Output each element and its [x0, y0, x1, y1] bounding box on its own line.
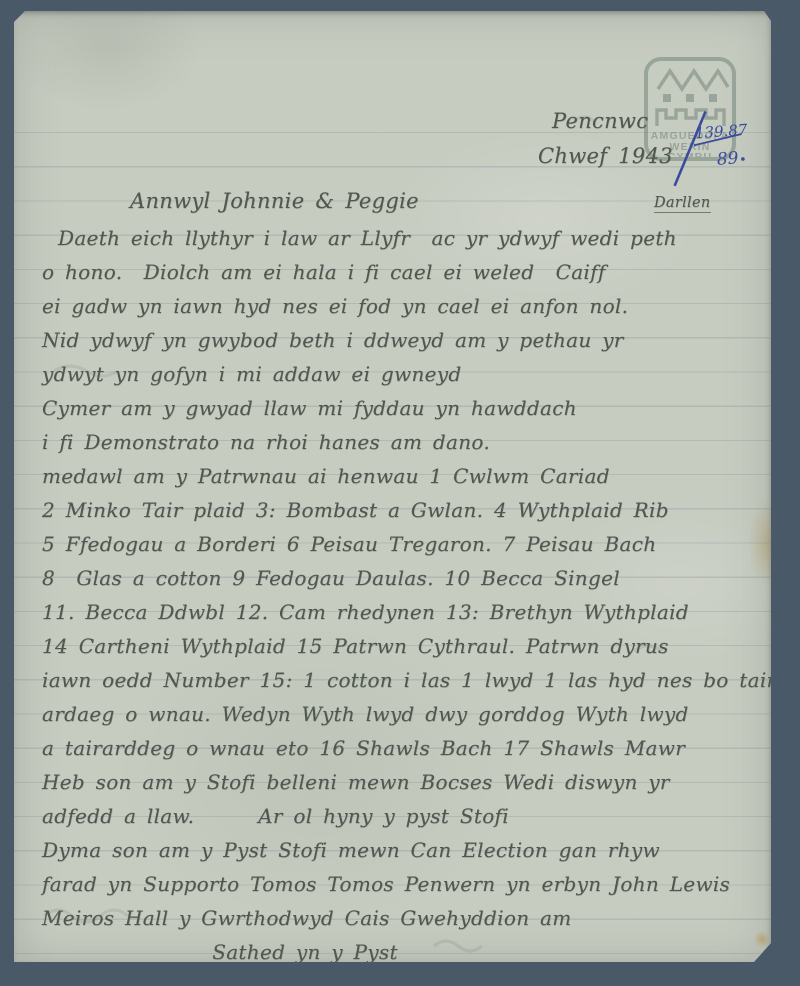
body-line: Daeth eich llythyr i law ar Llyfr ac yr … [42, 221, 758, 255]
accession-bottom: 89 [716, 148, 739, 169]
body-line: Meiros Hall y Gwrthodwyd Cais Gwehyddion… [42, 901, 758, 935]
body-line: 11. Becca Ddwbl 12. Cam rhedynen 13: Bre… [42, 595, 758, 629]
insertion-note: Darllen [654, 195, 711, 213]
body-line: 8 Glas a cotton 9 Fedogau Daulas. 10 Bec… [42, 561, 758, 595]
body-line: medawl am y Patrwnau ai henwau 1 Cwlwm C… [42, 459, 758, 493]
date-line: Chwef 1943 [538, 144, 673, 168]
body-line: a tairarddeg o wnau eto 16 Shawls Bach 1… [42, 731, 758, 765]
salutation: Annwyl Johnnie & Peggie [130, 189, 419, 213]
accession-number: 139.87 89 [659, 99, 769, 194]
letter-paper: AMGUEDDFA WERIN CYMRU 139.87 89 Pencnwc … [14, 11, 771, 962]
body-line: Cymer am y gwyad llaw mi fyddau yn hawdd… [42, 391, 758, 425]
body-line: ydwyt yn gofyn i mi addaw ei gwneyd [42, 357, 758, 391]
body-line: Heb son am y Stofi belleni mewn Bocses W… [42, 765, 758, 799]
body-line: ei gadw yn iawn hyd nes ei fod yn cael e… [42, 289, 758, 323]
letter-body: Daeth eich llythyr i law ar Llyfr ac yr … [42, 221, 758, 969]
body-line: i fi Demonstrato na rhoi hanes am dano. [42, 425, 758, 459]
accession-dot [741, 157, 745, 161]
body-line: Dyma son am y Pyst Stofi mewn Can Electi… [42, 833, 758, 867]
place-line: Pencnwc [552, 109, 648, 133]
body-line: o hono. Diolch am ei hala i fi cael ei w… [42, 255, 758, 289]
body-line: 2 Minko Tair plaid 3: Bombast a Gwlan. 4… [42, 493, 758, 527]
closing-line: Sathed yn y Pyst [42, 935, 758, 969]
body-line: adfedd a llaw. Ar ol hyny y pyst Stofi [42, 799, 758, 833]
body-line: ardaeg o wnau. Wedyn Wyth lwyd dwy gordd… [42, 697, 758, 731]
body-line: 14 Cartheni Wythplaid 15 Patrwn Cythraul… [42, 629, 758, 663]
scan-background: { "palette": { "background": "#4a5968", … [0, 0, 800, 986]
body-line: 5 Ffedogau a Borderi 6 Peisau Tregaron. … [42, 527, 758, 561]
body-line: farad yn Supporto Tomos Tomos Penwern yn… [42, 867, 758, 901]
stamp-castle-dots [663, 94, 717, 102]
body-line: Nid ydwyf yn gwybod beth i ddweyd am y p… [42, 323, 758, 357]
body-line: iawn oedd Number 15: 1 cotton i las 1 lw… [42, 663, 758, 697]
